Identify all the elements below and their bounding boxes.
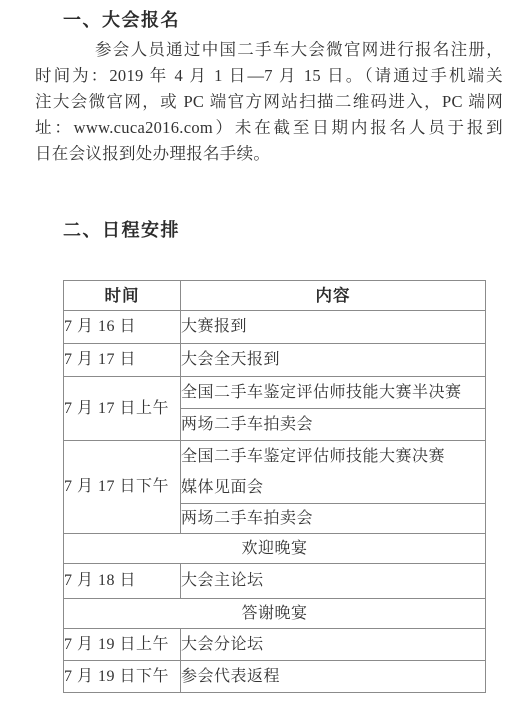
table-row: 7 月 17 日 大会全天报到 bbox=[64, 344, 486, 377]
registration-paragraph: 参会人员通过中国二手车大会微官网进行报名注册， 时间为：2019 年 4 月 1… bbox=[35, 37, 503, 167]
content-line: 媒体见面会 bbox=[181, 472, 485, 503]
table-row: 7 月 17 日下午 全国二手车鉴定评估师技能大赛决赛 媒体见面会 bbox=[64, 441, 486, 504]
paragraph-line: 址：www.cuca2016.com）未在截至日期内报名人员于报到 bbox=[35, 115, 503, 141]
content-cell: 大会全天报到 bbox=[181, 344, 486, 377]
content-cell: 全国二手车鉴定评估师技能大赛半决赛 bbox=[181, 377, 486, 409]
paragraph-line: 时间为：2019 年 4 月 1 日—7 月 15 日。（请通过手机端关 bbox=[35, 63, 503, 89]
content-cell: 大会分论坛 bbox=[181, 629, 486, 661]
document-page: 一、大会报名 参会人员通过中国二手车大会微官网进行报名注册， 时间为：2019 … bbox=[0, 0, 522, 705]
time-cell: 7 月 19 日上午 bbox=[64, 629, 181, 661]
time-cell: 7 月 17 日 bbox=[64, 344, 181, 377]
column-header-content: 内容 bbox=[181, 281, 486, 311]
content-cell: 全国二手车鉴定评估师技能大赛决赛 媒体见面会 bbox=[181, 441, 486, 504]
paragraph-line: 注大会微官网，或 PC 端官方网站扫描二维码进入，PC 端网 bbox=[35, 89, 503, 115]
paragraph-line: 参会人员通过中国二手车大会微官网进行报名注册， bbox=[35, 37, 503, 63]
table-row: 7 月 17 日上午 全国二手车鉴定评估师技能大赛半决赛 bbox=[64, 377, 486, 409]
content-line: 全国二手车鉴定评估师技能大赛决赛 bbox=[181, 441, 485, 472]
column-header-time: 时间 bbox=[64, 281, 181, 311]
section-2-heading: 二、日程安排 bbox=[63, 219, 180, 241]
banquet-cell: 答谢晚宴 bbox=[64, 599, 486, 629]
schedule-table: 时间 内容 7 月 16 日 大赛报到 7 月 17 日 大会全天报到 7 月 … bbox=[63, 280, 486, 693]
table-row-banquet: 欢迎晚宴 bbox=[64, 534, 486, 564]
table-row: 7 月 19 日下午 参会代表返程 bbox=[64, 661, 486, 693]
time-cell: 7 月 16 日 bbox=[64, 311, 181, 344]
content-cell: 两场二手车拍卖会 bbox=[181, 409, 486, 441]
table-row: 7 月 16 日 大赛报到 bbox=[64, 311, 486, 344]
content-cell: 参会代表返程 bbox=[181, 661, 486, 693]
time-cell: 7 月 17 日上午 bbox=[64, 377, 181, 441]
section-1-heading: 一、大会报名 bbox=[63, 9, 180, 31]
banquet-cell: 欢迎晚宴 bbox=[64, 534, 486, 564]
time-cell: 7 月 17 日下午 bbox=[64, 441, 181, 534]
content-cell: 大会主论坛 bbox=[181, 564, 486, 599]
table-row: 7 月 19 日上午 大会分论坛 bbox=[64, 629, 486, 661]
time-cell: 7 月 18 日 bbox=[64, 564, 181, 599]
paragraph-line: 日在会议报到处办理报名手续。 bbox=[35, 141, 503, 167]
table-row: 7 月 18 日 大会主论坛 bbox=[64, 564, 486, 599]
content-cell: 两场二手车拍卖会 bbox=[181, 504, 486, 534]
table-header-row: 时间 内容 bbox=[64, 281, 486, 311]
content-cell: 大赛报到 bbox=[181, 311, 486, 344]
time-cell: 7 月 19 日下午 bbox=[64, 661, 181, 693]
table-row-banquet: 答谢晚宴 bbox=[64, 599, 486, 629]
